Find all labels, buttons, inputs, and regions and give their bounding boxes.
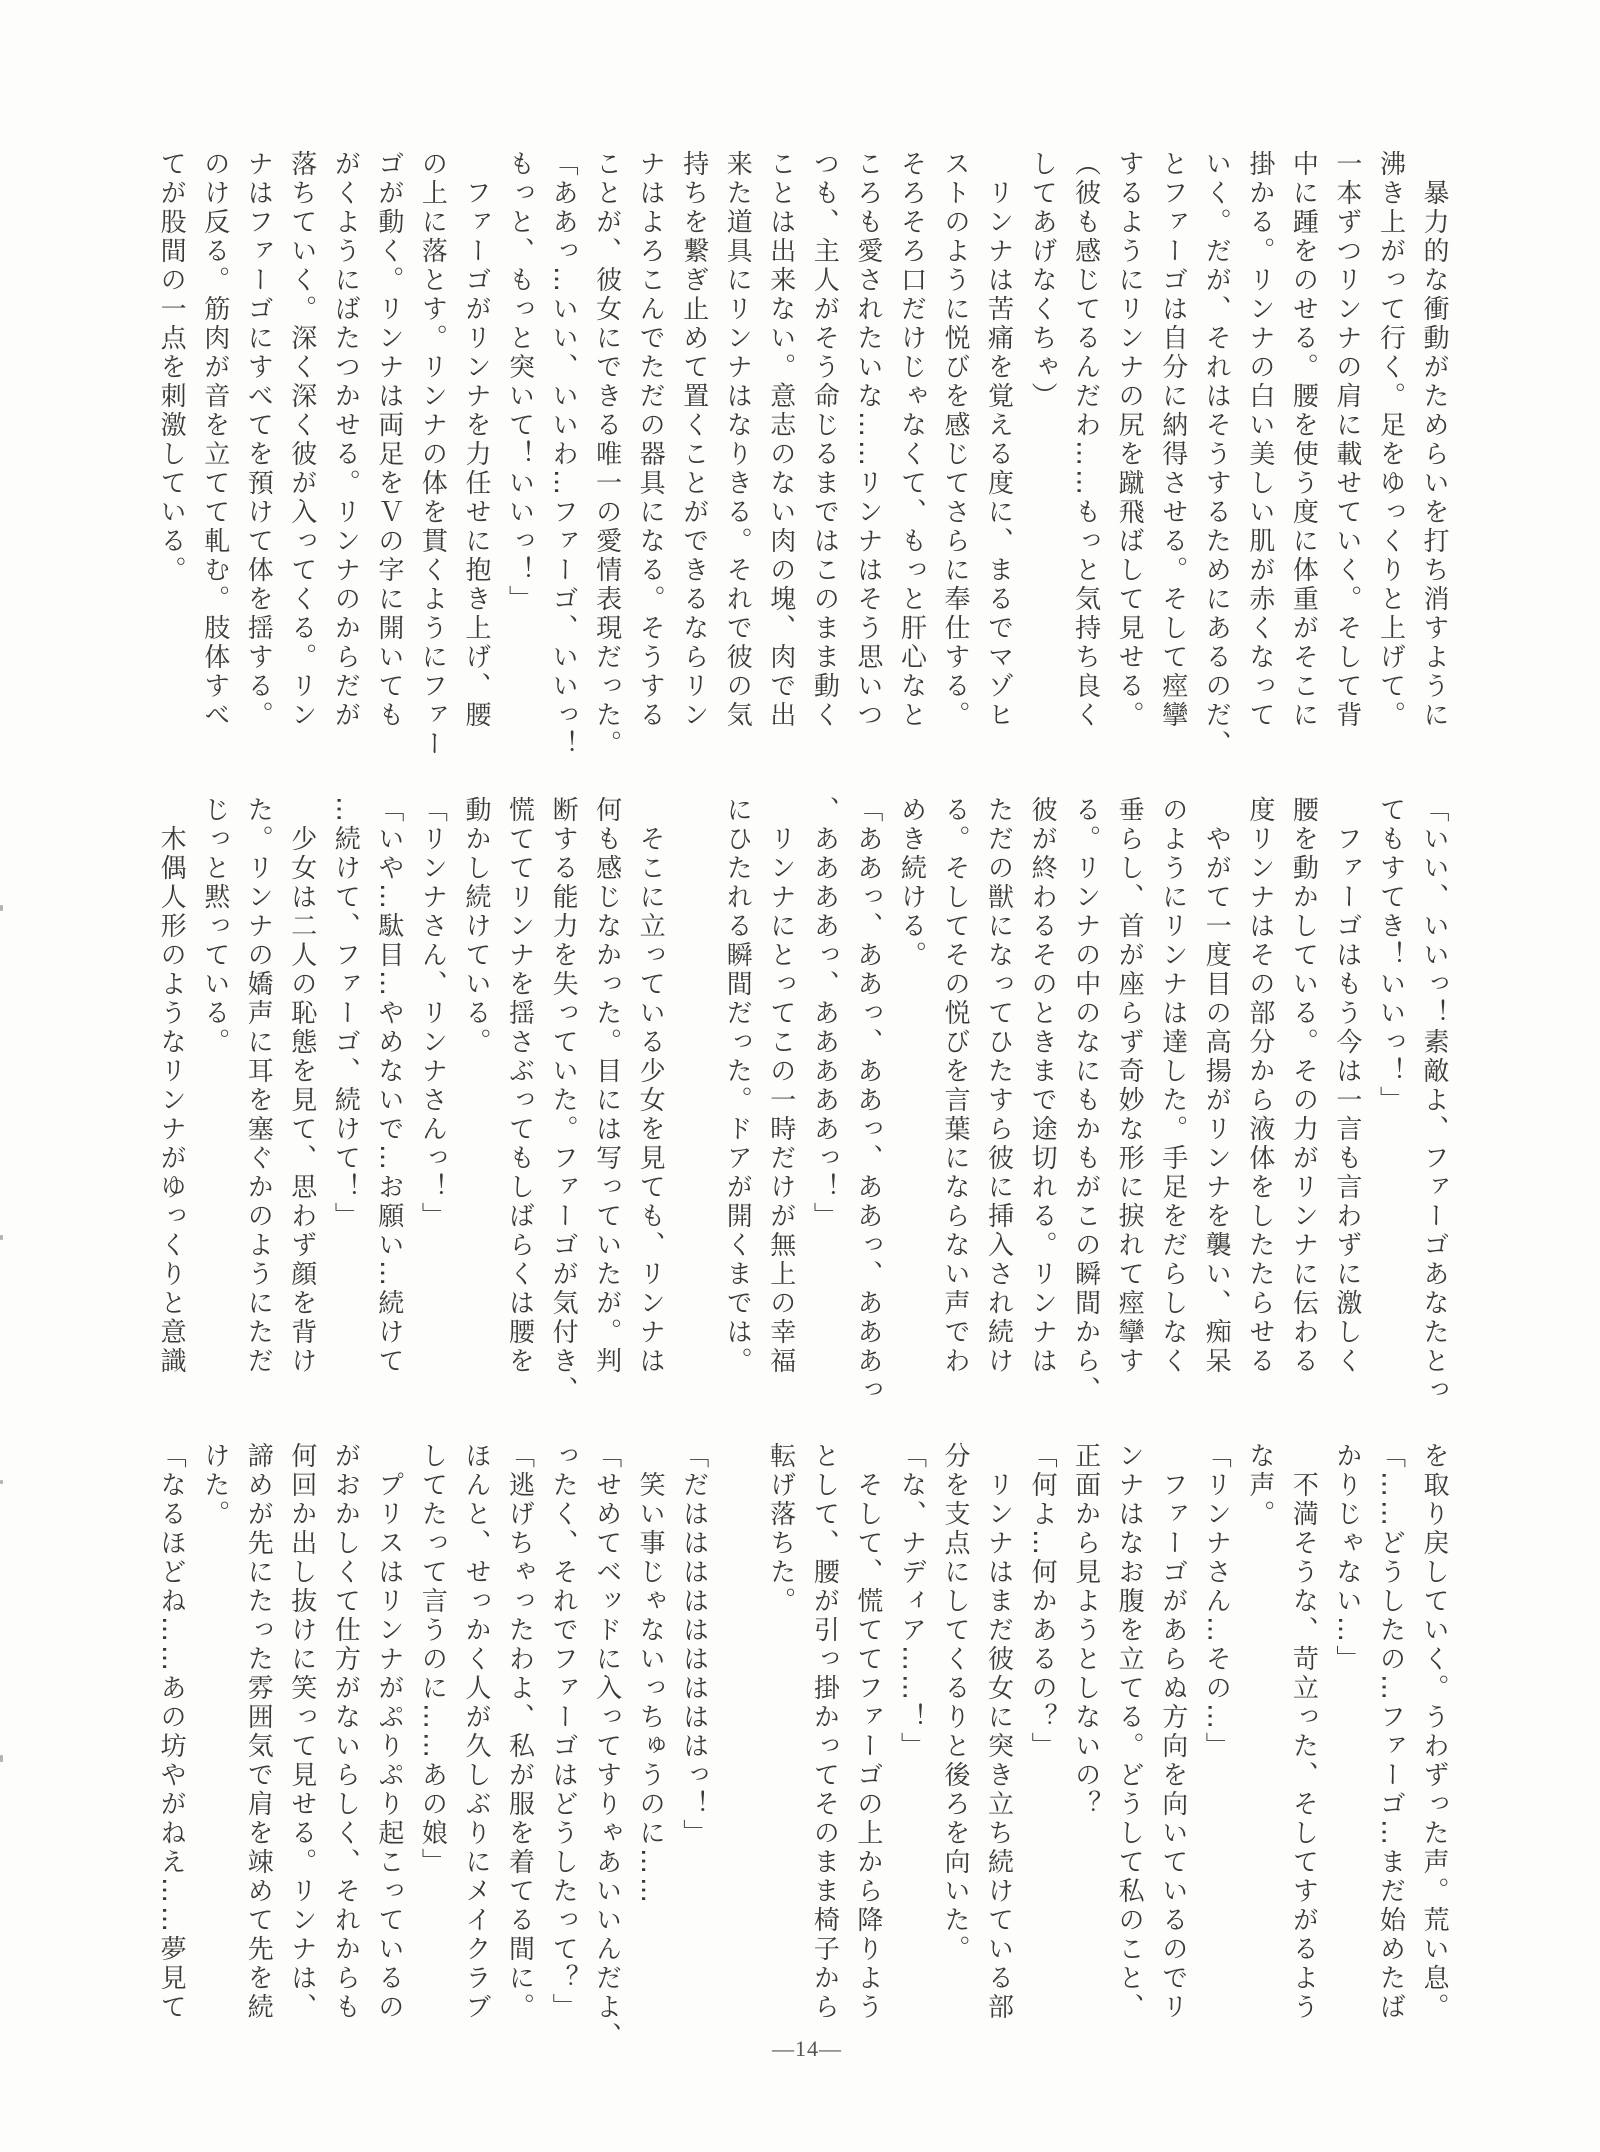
text-line: 来た道具にリンナはなりきる。それで彼の気 (715, 150, 759, 750)
text-line: してあげなくちゃ） (1020, 150, 1064, 750)
blank-line (671, 796, 715, 1396)
text-line: やがて一度目の高揚がリンナを襲い、痴呆 (1194, 796, 1238, 1396)
text-line: る。リンナの中のなにもかもがこの瞬間から、 (1063, 796, 1107, 1396)
text-line: 「リンナさん…その…」 (1194, 1442, 1238, 2042)
text-line: ことが、彼女にできる唯一の愛情表現だった。 (584, 150, 628, 750)
text-line: 中に踵をのせる。腰を使う度に体重がそこに (1281, 150, 1325, 750)
text-line: めき続ける。 (889, 796, 933, 1396)
text-line: 腰を動かしている。その力がリンナに伝わる (1281, 796, 1325, 1396)
text-line: ファーゴはもう今は一言も言わずに激しく (1324, 796, 1368, 1396)
text-line: 何も感じなかった。目には写っていたが。判 (584, 796, 628, 1396)
text-line: …続けて、ファーゴ、続けて！」 (323, 796, 367, 1396)
text-line: 「何よ…何かあるの？」 (1020, 1442, 1064, 2042)
text-line: ったく、それでファーゴはどうしたって？」 (541, 1442, 585, 2042)
scan-speck (0, 905, 3, 911)
text-line: 「な、ナディア……！」 (889, 1442, 933, 2042)
text-line: リンナは苦痛を覚える度に、まるでマゾヒ (976, 150, 1020, 750)
text-line: な声。 (1237, 1442, 1281, 2042)
text-tier-top: 暴力的な衝動がためらいを打ち消すように 沸き上がって行く。足をゆっくりと上げて。… (148, 150, 1455, 750)
text-line: のようにリンナは達した。手足をだらしなく (1150, 796, 1194, 1396)
text-line: ゴが動く。リンナは両足をＶの字に開いても (366, 150, 410, 750)
scan-speck (0, 1480, 3, 1484)
text-line: そして、慌ててファーゴの上から降りよう (845, 1442, 889, 2042)
text-line: 度リンナはその部分から液体をしたたらせる (1237, 796, 1281, 1396)
text-line: てが股間の一点を刺激している。 (149, 150, 193, 750)
text-line: プリスはリンナがぷりぷり起こっているの (366, 1442, 410, 2042)
text-line: 「……どうしたの…ファーゴ…まだ始めたば (1368, 1442, 1412, 2042)
text-line: してたって言うのに……あの娘」 (410, 1442, 454, 2042)
text-line: いく。だが、それはそうするためにあるのだ、 (1194, 150, 1238, 750)
text-line: 少女は二人の恥態を見て、思わず顔を背け (279, 796, 323, 1396)
text-line: ファーゴがリンナを力任せに抱き上げ、腰 (453, 150, 497, 750)
text-line: 掛かる。リンナの白い美しい肌が赤くなって (1237, 150, 1281, 750)
text-line: 断する能力を失っていた。ファーゴが気付き、 (541, 796, 585, 1396)
text-line: 正面から見ようとしないの？ (1063, 1442, 1107, 2042)
text-line: ストのように悦びを感じてさらに奉仕する。 (932, 150, 976, 750)
text-line: 「ああっ…いい、いいわ…ファーゴ、いいっ！ (541, 150, 585, 750)
text-line: 、ああああっ、あああああっ！」 (802, 796, 846, 1396)
document-page: 暴力的な衝動がためらいを打ち消すように 沸き上がって行く。足をゆっくりと上げて。… (0, 0, 1600, 2152)
text-line: にひたれる瞬間だった。ドアが開くまでは。 (715, 796, 759, 1396)
text-line: 「いい、いいっ！素敵よ、ファーゴあなたとっ (1411, 796, 1455, 1396)
text-line: 笑い事じゃないっちゅうのに…… (628, 1442, 672, 2042)
text-line: リンナにとってこの一時だけが無上の幸福 (758, 796, 802, 1396)
text-line: じっと黙っている。 (192, 796, 236, 1396)
text-line: ファーゴがあらぬ方向を向いているのでリ (1150, 1442, 1194, 2042)
text-line: 一本ずつリンナの肩に載せていく。そして背 (1324, 150, 1368, 750)
text-line: として、腰が引っ掛かってそのまま椅子から (802, 1442, 846, 2042)
text-line: てもすてき！いいっ！」 (1368, 796, 1412, 1396)
text-line: 持ちを繋ぎ止めて置くことができるならリン (671, 150, 715, 750)
text-line: を取り戻していく。うわずった声。荒い息。 (1411, 1442, 1455, 2042)
scan-speck (0, 1755, 3, 1762)
text-line: つも、主人がそう命じるまではこのまま動く (802, 150, 846, 750)
text-line: 不満そうな、苛立った、そしてすがるよう (1281, 1442, 1325, 2042)
text-line: 動かし続けている。 (453, 796, 497, 1396)
text-line: ほんと、せっかく人が久しぶりにメイクラブ (453, 1442, 497, 2042)
text-line: そろそろ口だけじゃなくて、もっと肝心なと (889, 150, 933, 750)
text-line: 「リンナさん、リンナさんっ！」 (410, 796, 454, 1396)
text-line: 彼が終わるそのときまで途切れる。リンナは (1020, 796, 1064, 1396)
text-line: 転げ落ちた。 (758, 1442, 802, 2042)
text-line: かりじゃない…」 (1324, 1442, 1368, 2042)
text-line: けた。 (192, 1442, 236, 2042)
text-line: 落ちていく。深く深く彼が入ってくる。リン (279, 150, 323, 750)
text-line: ナはファーゴにすべてを預けて体を揺する。 (236, 150, 280, 750)
page-number: —14— (737, 2036, 877, 2062)
text-line: 木偶人形のようなリンナがゆっくりと意識 (149, 796, 193, 1396)
text-line: するようにリンナの尻を蹴飛ばして見せる。 (1107, 150, 1151, 750)
text-line: 慌ててリンナを揺さぶってもしばらくは腰を (497, 796, 541, 1396)
text-line: （彼も感じてるんだわ……もっと気持ち良く (1063, 150, 1107, 750)
text-line: 「いや…駄目…やめないで…お願い…続けて (366, 796, 410, 1396)
blank-line (715, 1442, 759, 2042)
text-line: 暴力的な衝動がためらいを打ち消すように (1411, 150, 1455, 750)
text-line: そこに立っている少女を見ても、リンナは (628, 796, 672, 1396)
text-line: のけ反る。筋肉が音を立てて軋む。肢体すべ (192, 150, 236, 750)
text-line: がくようにばたつかせる。リンナのからだが (323, 150, 367, 750)
text-line: 分を支点にしてくるりと後ろを向いた。 (932, 1442, 976, 2042)
text-line: 「ああっ、ああっ、ああっ、ああっ、あああっ (845, 796, 889, 1396)
text-line: とファーゴは自分に納得させる。そして痙攣 (1150, 150, 1194, 750)
text-line: がおかしくて仕方がないらしく、それからも (323, 1442, 367, 2042)
text-line: 「せめてベッドに入ってすりゃあいいんだよ、 (584, 1442, 628, 2042)
text-line: 沸き上がって行く。足をゆっくりと上げて。 (1368, 150, 1412, 750)
text-tier-bottom: を取り戻していく。うわずった声。荒い息。 「……どうしたの…ファーゴ…まだ始めた… (148, 1442, 1455, 2042)
text-line: リンナはまだ彼女に突き立ち続けている部 (976, 1442, 1020, 2042)
text-line: もっと、もっと突いて！いいっ！」 (497, 150, 541, 750)
text-line: た。リンナの嬌声に耳を塞ぐかのようにただ (236, 796, 280, 1396)
text-line: ンナはなお腹を立てる。どうして私のこと、 (1107, 1442, 1151, 2042)
scan-speck (0, 1235, 3, 1240)
text-line: る。そしてその悦びを言葉にならない声でわ (932, 796, 976, 1396)
text-line: 「だはははははははははっ！」 (671, 1442, 715, 2042)
text-line: の上に落とす。リンナの体を貫くようにファー (410, 150, 454, 750)
text-line: 垂らし、首が座らず奇妙な形に捩れて痙攣す (1107, 796, 1151, 1396)
text-line: 諦めが先にたった雰囲気で肩を竦めて先を続 (236, 1442, 280, 2042)
text-tier-middle: 「いい、いいっ！素敵よ、ファーゴあなたとっ てもすてき！いいっ！」 ファーゴはも… (148, 796, 1455, 1396)
text-line: ころも愛されたいな……リンナはそう思いつ (845, 150, 889, 750)
text-line: ナはよろこんでただの器具になる。そうする (628, 150, 672, 750)
text-line: ことは出来ない。意志のない肉の塊、肉で出 (758, 150, 802, 750)
text-line: 何回か出し抜けに笑って見せる。リンナは、 (279, 1442, 323, 2042)
text-line: 「なるほどね……あの坊やがねえ……夢見て (149, 1442, 193, 2042)
text-line: ただの獣になってひたすら彼に挿入され続け (976, 796, 1020, 1396)
text-line: 「逃げちゃったわよ、私が服を着てる間に。 (497, 1442, 541, 2042)
